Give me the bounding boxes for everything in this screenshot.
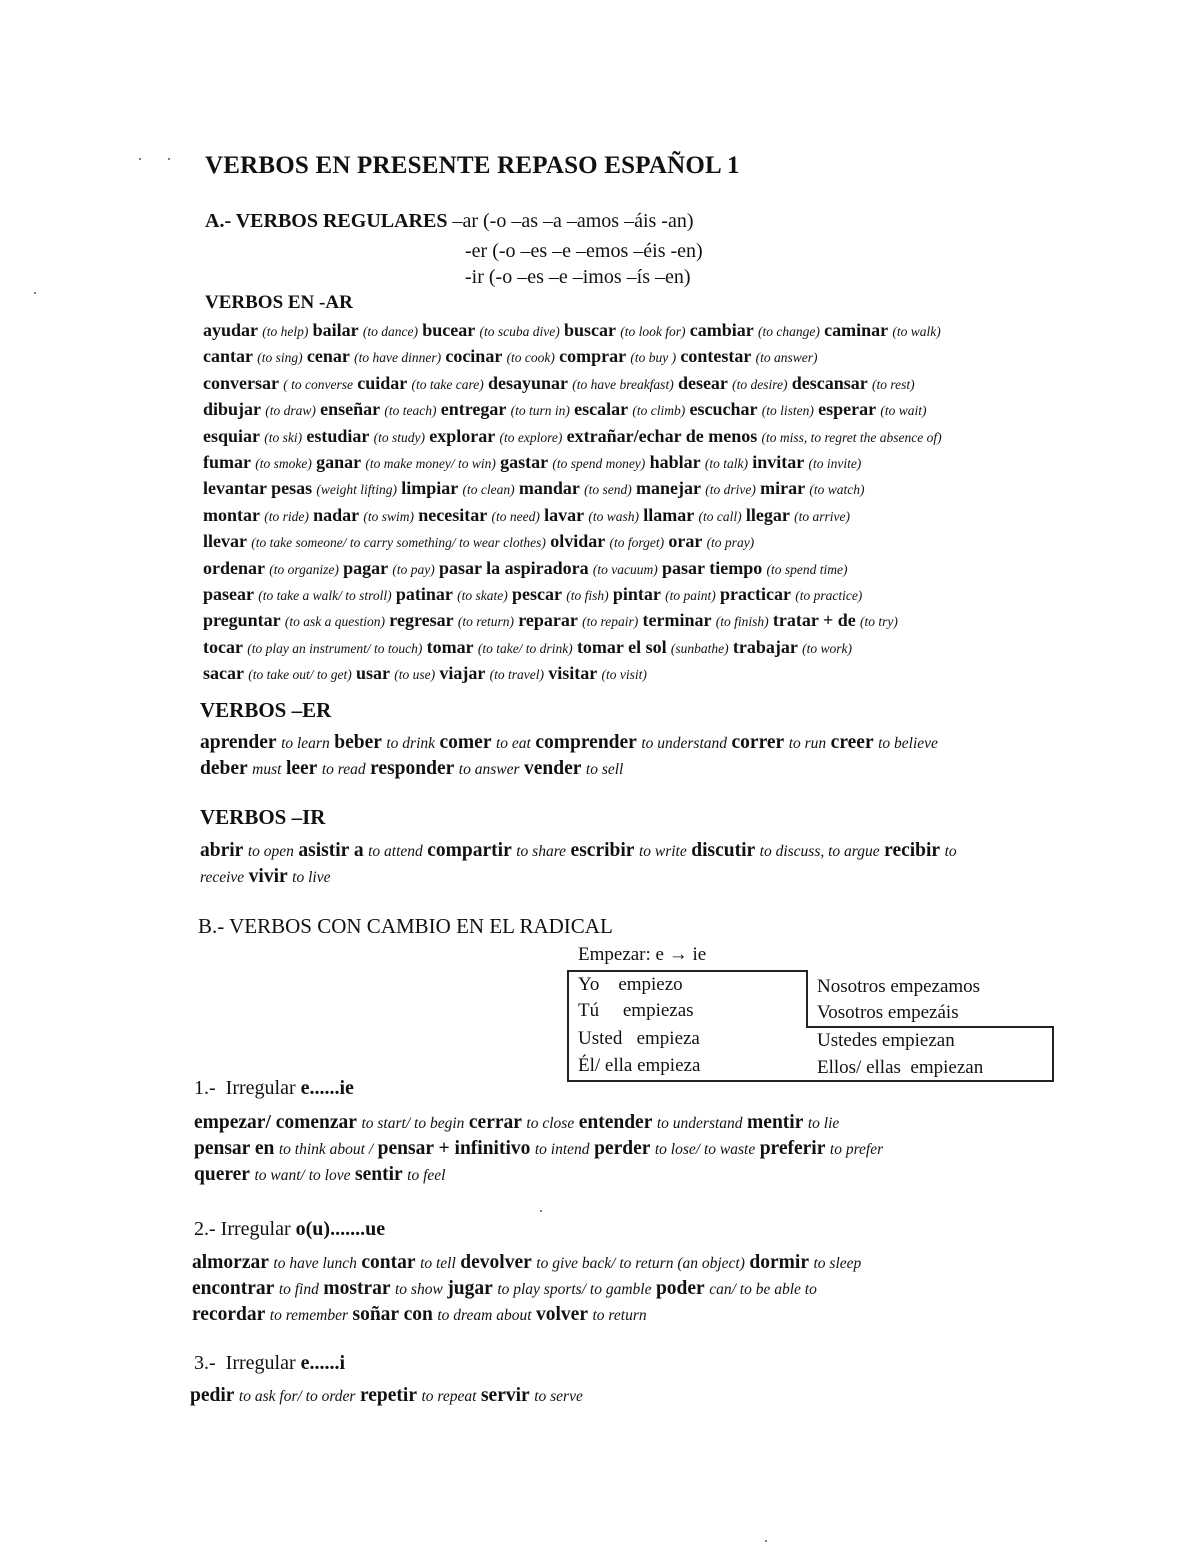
translation: (to draw): [265, 403, 316, 418]
translation: (to wash): [588, 509, 639, 524]
translation: (to fish): [566, 588, 608, 603]
translation: (to paint): [665, 588, 716, 603]
translation: to lie: [808, 1115, 839, 1132]
verb: aprender: [200, 732, 277, 753]
conj-el-ella: Él/ ella empieza: [578, 1055, 700, 1077]
verb: olvidar: [550, 531, 605, 551]
verb: pensar + infinitivo: [378, 1138, 531, 1159]
translation: to think about /: [279, 1141, 373, 1158]
irregular-group-2-list: almorzar to have lunch contar to tell de…: [192, 1250, 861, 1328]
verb: ordenar: [203, 558, 265, 578]
verb-line: abrir to open asistir a to attend compar…: [200, 838, 957, 864]
verb-line: cantar (to sing) cenar (to have dinner) …: [203, 344, 942, 370]
translation: (to call): [698, 509, 741, 524]
page-title: VERBOS EN PRESENTE REPASO ESPAÑOL 1: [205, 152, 740, 180]
translation: to want/ to love: [254, 1167, 350, 1184]
verb: ayudar: [203, 320, 258, 340]
verb: entregar: [441, 399, 507, 419]
translation: to read: [322, 761, 366, 778]
translation: (to spend time): [766, 562, 847, 577]
translation: to have lunch: [273, 1255, 357, 1272]
translation: (to organize): [269, 562, 339, 577]
er-verbs-heading: VERBOS –ER: [200, 698, 331, 723]
verb: reparar: [518, 610, 578, 630]
verb: practicar: [720, 584, 791, 604]
translation: (to listen): [762, 403, 814, 418]
ar-endings: –ar (-o –as –a –amos –áis -an): [452, 210, 693, 232]
verb: necesitar: [418, 505, 487, 525]
verb: empezar/ comenzar: [194, 1112, 357, 1133]
verb: pintar: [613, 584, 661, 604]
translation: (to scuba dive): [480, 324, 560, 339]
translation: (to vacuum): [593, 562, 658, 577]
verb-line: preguntar (to ask a question) regresar (…: [203, 608, 942, 634]
verb: extrañar/echar de menos: [567, 426, 758, 446]
conj-vosotros: Vosotros empezáis: [817, 1002, 959, 1024]
verb: cantar: [203, 346, 253, 366]
translation: to answer: [459, 761, 520, 778]
translation: (to rest): [872, 377, 915, 392]
verb: mostrar: [323, 1278, 390, 1299]
translation: (to skate): [457, 588, 508, 603]
translation: can/ to be able to: [709, 1281, 817, 1298]
translation: (to help): [262, 324, 308, 339]
verb: desear: [678, 373, 728, 393]
verb: ganar: [316, 452, 361, 472]
translation: (to turn in): [511, 403, 570, 418]
scan-speck: [765, 1540, 767, 1542]
verb-line: encontrar to find mostrar to show jugar …: [192, 1276, 861, 1302]
translation: (to swim): [363, 509, 414, 524]
verb: leer: [286, 758, 317, 779]
conj-usted: Usted empieza: [578, 1028, 700, 1050]
verb-line: dibujar (to draw) enseñar (to teach) ent…: [203, 397, 942, 423]
verb: usar: [356, 663, 390, 683]
verb: buscar: [564, 320, 616, 340]
verb: bucear: [422, 320, 475, 340]
irregular-group-3-list: pedir to ask for/ to order repetir to re…: [190, 1383, 583, 1409]
translation: (to cook): [507, 350, 555, 365]
boot-outline: [1052, 1026, 1054, 1082]
translation: to understand: [657, 1115, 743, 1132]
translation: (to desire): [732, 377, 787, 392]
verb-line: pedir to ask for/ to order repetir to re…: [190, 1383, 583, 1409]
translation: (to pay): [392, 562, 434, 577]
group-label: 3.- Irregular: [194, 1352, 301, 1374]
verb-line: montar (to ride) nadar (to swim) necesit…: [203, 503, 942, 529]
verb: llevar: [203, 531, 247, 551]
verb: escuchar: [690, 399, 758, 419]
translation: (to drive): [705, 482, 756, 497]
translation: (to travel): [490, 667, 544, 682]
verb: entender: [579, 1112, 653, 1133]
ar-verbs-heading: VERBOS EN -AR: [205, 292, 353, 314]
translation: (to smoke): [255, 456, 312, 471]
translation: to eat: [496, 735, 531, 752]
translation: to show: [395, 1281, 443, 1298]
verb-line: levantar pesas (weight lifting) limpiar …: [203, 476, 942, 502]
translation: ( to converse: [283, 377, 353, 392]
verb: hablar: [650, 452, 701, 472]
verb: patinar: [396, 584, 453, 604]
section-a-heading: A.- VERBOS REGULARES: [205, 210, 447, 232]
translation: (to try): [860, 614, 898, 629]
translation: (to take a walk/ to stroll): [258, 588, 391, 603]
translation: (sunbathe): [671, 641, 729, 656]
boot-outline: [567, 970, 569, 1080]
translation: to give back/ to return (an object): [536, 1255, 745, 1272]
group-label: 2.- Irregular: [194, 1218, 296, 1240]
verb: compartir: [427, 840, 511, 861]
conj-tu: Tú empiezas: [578, 1000, 694, 1022]
translation: to dream about: [437, 1307, 531, 1324]
verb: escalar: [574, 399, 628, 419]
verb-line: ayudar (to help) bailar (to dance) bucea…: [203, 318, 942, 344]
translation: to learn: [281, 735, 330, 752]
stem-change: o(u).......ue: [296, 1218, 385, 1240]
verb: descansar: [792, 373, 868, 393]
translation: (weight lifting): [316, 482, 397, 497]
verb: recordar: [192, 1304, 265, 1325]
verb: soñar con: [352, 1304, 432, 1325]
translation: to intend: [535, 1141, 590, 1158]
translation: (to take someone/ to carry something/ to…: [251, 535, 546, 550]
verb: tocar: [203, 637, 243, 657]
verb: terminar: [643, 610, 712, 630]
verb-line: conversar ( to converse cuidar (to take …: [203, 371, 942, 397]
translation: (to ask a question): [285, 614, 385, 629]
ir-endings: -ir (-o –es –e –imos –ís –en): [465, 266, 691, 289]
translation: (to watch): [809, 482, 864, 497]
translation: to: [945, 843, 957, 860]
boot-outline: [806, 1026, 1054, 1028]
translation: (to take/ to drink): [478, 641, 573, 656]
verb: jugar: [447, 1278, 493, 1299]
translation: to tell: [420, 1255, 456, 1272]
verb: vender: [524, 758, 581, 779]
translation: to understand: [641, 735, 727, 752]
translation: (to talk): [705, 456, 748, 471]
translation: to live: [292, 869, 330, 886]
verb: mentir: [747, 1112, 803, 1133]
stem-change: e......ie: [301, 1077, 354, 1099]
verb-line: sacar (to take out/ to get) usar (to use…: [203, 661, 942, 687]
verb: almorzar: [192, 1252, 269, 1273]
translation: (to take care): [411, 377, 483, 392]
verb: pasar tiempo: [662, 558, 762, 578]
irregular-group-1-list: empezar/ comenzar to start/ to begin cer…: [194, 1110, 883, 1188]
translation: (to make money/ to win): [365, 456, 495, 471]
verb: nadar: [313, 505, 359, 525]
verb: pasear: [203, 584, 254, 604]
verb: creer: [831, 732, 874, 753]
translation: to remember: [270, 1307, 348, 1324]
translation: (to play an instrument/ to touch): [247, 641, 422, 656]
verb: lavar: [544, 505, 584, 525]
translation: to feel: [407, 1167, 445, 1184]
translation: (to take out/ to get): [248, 667, 351, 682]
verb-line: almorzar to have lunch contar to tell de…: [192, 1250, 861, 1276]
verb: sacar: [203, 663, 244, 683]
translation: (to wait): [880, 403, 926, 418]
conj-nosotros: Nosotros empezamos: [817, 976, 980, 998]
verb-line: recordar to remember soñar con to dream …: [192, 1302, 861, 1328]
translation: (to study): [374, 430, 425, 445]
verb: querer: [194, 1164, 250, 1185]
verb-line: aprender to learn beber to drink comer t…: [200, 730, 938, 756]
verb: comprender: [535, 732, 636, 753]
verb: estudiar: [306, 426, 369, 446]
verb: contestar: [680, 346, 751, 366]
boot-outline: [806, 970, 808, 1027]
translation: to return: [593, 1307, 647, 1324]
ir-verbs-heading: VERBOS –IR: [200, 805, 325, 830]
verb-line: querer to want/ to love sentir to feel: [194, 1162, 883, 1188]
ar-verbs-list: ayudar (to help) bailar (to dance) bucea…: [203, 318, 942, 688]
verb: cenar: [307, 346, 350, 366]
translation: to run: [789, 735, 826, 752]
verb: pensar en: [194, 1138, 274, 1159]
translation: to write: [639, 843, 687, 860]
verb: orar: [668, 531, 702, 551]
verb-line: deber must leer to read responder to ans…: [200, 756, 938, 782]
scan-speck: [540, 1210, 542, 1212]
verb: comer: [440, 732, 492, 753]
verb: responder: [370, 758, 454, 779]
scan-speck: [139, 158, 141, 160]
translation: (to ride): [264, 509, 309, 524]
translation: (to arrive): [794, 509, 850, 524]
er-endings: -er (-o –es –e –emos –éis -en): [465, 240, 703, 263]
translation: (to have breakfast): [572, 377, 673, 392]
verb: montar: [203, 505, 260, 525]
verb: cocinar: [445, 346, 502, 366]
translation: to share: [516, 843, 566, 860]
translation: (to work): [802, 641, 852, 656]
translation: (to forget): [609, 535, 664, 550]
translation: (to spend money): [552, 456, 645, 471]
translation: (to climb): [632, 403, 685, 418]
translation: receive: [200, 869, 244, 886]
verb: enseñar: [320, 399, 380, 419]
verb: limpiar: [401, 478, 458, 498]
verb: abrir: [200, 840, 243, 861]
verb: devolver: [460, 1252, 531, 1273]
translation: to attend: [368, 843, 423, 860]
irregular-group-2-heading: 2.- Irregular o(u).......ue: [194, 1218, 385, 1241]
translation: to find: [279, 1281, 319, 1298]
conj-yo: Yo empiezo: [578, 974, 683, 996]
verb: explorar: [429, 426, 495, 446]
translation: (to explore): [500, 430, 563, 445]
verb-line: esquiar (to ski) estudiar (to study) exp…: [203, 424, 942, 450]
verb: servir: [481, 1385, 530, 1406]
verb: dibujar: [203, 399, 261, 419]
verb-line: empezar/ comenzar to start/ to begin cer…: [194, 1110, 883, 1136]
verb: fumar: [203, 452, 251, 472]
verb: perder: [594, 1138, 650, 1159]
translation: to play sports/ to gamble: [497, 1281, 651, 1298]
verb: cerrar: [469, 1112, 522, 1133]
verb: beber: [334, 732, 382, 753]
translation: (to finish): [716, 614, 769, 629]
translation: (to dance): [363, 324, 418, 339]
translation: to start/ to begin: [361, 1115, 464, 1132]
section-a-heading-line: A.- VERBOS REGULARES –ar (-o –as –a –amo…: [205, 210, 694, 233]
translation: to serve: [534, 1388, 583, 1405]
verb: conversar: [203, 373, 279, 393]
translation: to drink: [386, 735, 435, 752]
verb-line: pensar en to think about / pensar + infi…: [194, 1136, 883, 1162]
verb: deber: [200, 758, 248, 779]
boot-outline: [567, 970, 807, 972]
translation: (to repair): [582, 614, 638, 629]
boot-outline: [567, 1080, 1054, 1082]
scan-speck: [168, 158, 170, 160]
translation: must: [252, 761, 281, 778]
translation: (to pray): [707, 535, 755, 550]
verb: pescar: [512, 584, 562, 604]
translation: (to sing): [257, 350, 302, 365]
verb: invitar: [752, 452, 804, 472]
translation: to prefer: [830, 1141, 883, 1158]
verb-line: llevar (to take someone/ to carry someth…: [203, 529, 942, 555]
translation: (to return): [458, 614, 514, 629]
translation: (to change): [758, 324, 820, 339]
verb: mirar: [760, 478, 805, 498]
translation: (to send): [584, 482, 632, 497]
translation: (to walk): [892, 324, 940, 339]
verb: caminar: [824, 320, 888, 340]
translation: (to practice): [795, 588, 862, 603]
translation: (to have dinner): [354, 350, 441, 365]
translation: to repeat: [422, 1388, 477, 1405]
ir-verbs-list: abrir to open asistir a to attend compar…: [200, 838, 957, 890]
translation: (to need): [491, 509, 539, 524]
verb: viajar: [439, 663, 485, 683]
conjugation-table-caption: Empezar: e → ie: [578, 944, 706, 966]
verb: tratar + de: [773, 610, 856, 630]
verb: volver: [536, 1304, 588, 1325]
verb: regresar: [389, 610, 453, 630]
verb: preferir: [760, 1138, 826, 1159]
verb: cambiar: [690, 320, 754, 340]
verb: trabajar: [733, 637, 798, 657]
verb: discutir: [691, 840, 755, 861]
verb: comprar: [559, 346, 626, 366]
verb-line: fumar (to smoke) ganar (to make money/ t…: [203, 450, 942, 476]
translation: to lose/ to waste: [655, 1141, 755, 1158]
verb: vivir: [249, 866, 288, 887]
verb: dormir: [749, 1252, 809, 1273]
verb: cuidar: [357, 373, 407, 393]
er-verbs-list: aprender to learn beber to drink comer t…: [200, 730, 938, 782]
verb: mandar: [519, 478, 580, 498]
translation: (to invite): [808, 456, 861, 471]
translation: to sell: [586, 761, 623, 778]
verb: llamar: [643, 505, 694, 525]
translation: to believe: [878, 735, 938, 752]
verb: esperar: [818, 399, 876, 419]
verb: correr: [732, 732, 785, 753]
verb-line: pasear (to take a walk/ to stroll) patin…: [203, 582, 942, 608]
verb: esquiar: [203, 426, 260, 446]
translation: to open: [248, 843, 294, 860]
verb: escribir: [571, 840, 635, 861]
stem-change: e......i: [301, 1352, 345, 1374]
scan-speck: [34, 292, 36, 294]
translation: (to ski): [264, 430, 302, 445]
verb-line: receive vivir to live: [200, 864, 957, 890]
translation: (to answer): [756, 350, 818, 365]
verb: bailar: [313, 320, 359, 340]
verb: pagar: [343, 558, 388, 578]
translation: (to miss, to regret the absence of): [762, 430, 942, 445]
translation: (to teach): [384, 403, 436, 418]
verb: preguntar: [203, 610, 281, 630]
translation: to discuss, to argue: [760, 843, 880, 860]
verb: asistir a: [298, 840, 363, 861]
verb: sentir: [355, 1164, 403, 1185]
translation: (to use): [394, 667, 435, 682]
verb: encontrar: [192, 1278, 274, 1299]
translation: (to visit): [601, 667, 646, 682]
verb: contar: [361, 1252, 415, 1273]
conj-ustedes: Ustedes empiezan: [817, 1030, 955, 1052]
verb: llegar: [746, 505, 790, 525]
verb: repetir: [360, 1385, 417, 1406]
translation: (to look for): [620, 324, 685, 339]
verb: levantar pesas: [203, 478, 312, 498]
verb: pedir: [190, 1385, 234, 1406]
verb: manejar: [636, 478, 701, 498]
verb-line: ordenar (to organize) pagar (to pay) pas…: [203, 556, 942, 582]
section-b-heading: B.- VERBOS CON CAMBIO EN EL RADICAL: [198, 914, 613, 939]
translation: (to clean): [463, 482, 515, 497]
verb: tomar: [427, 637, 474, 657]
conj-ellos-ellas: Ellos/ ellas empiezan: [817, 1057, 983, 1079]
verb: desayunar: [488, 373, 568, 393]
verb: gastar: [500, 452, 548, 472]
verb: tomar el sol: [577, 637, 667, 657]
translation: to sleep: [813, 1255, 861, 1272]
verb: visitar: [548, 663, 597, 683]
verb-line: tocar (to play an instrument/ to touch) …: [203, 635, 942, 661]
translation: (to buy ): [630, 350, 676, 365]
group-label: 1.- Irregular: [194, 1077, 301, 1099]
irregular-group-3-heading: 3.- Irregular e......i: [194, 1352, 345, 1375]
verb: poder: [656, 1278, 705, 1299]
translation: to ask for/ to order: [239, 1388, 356, 1405]
verb: pasar la aspiradora: [439, 558, 589, 578]
irregular-group-1-heading: 1.- Irregular e......ie: [194, 1077, 354, 1100]
verb: recibir: [884, 840, 940, 861]
translation: to close: [526, 1115, 574, 1132]
